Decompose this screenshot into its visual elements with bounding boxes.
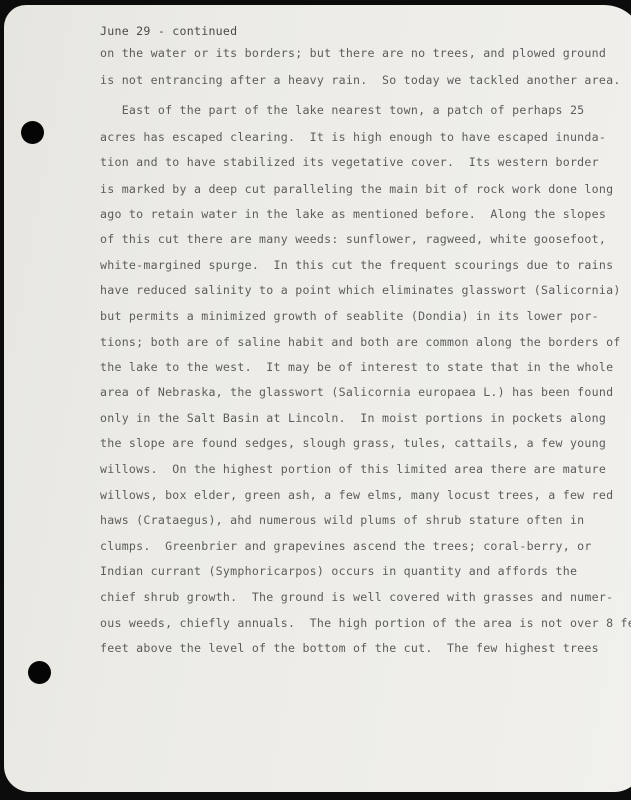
- text-line: the lake to the west. It may be of inter…: [100, 360, 613, 374]
- text-line: area of Nebraska, the glasswort (Salicor…: [100, 385, 613, 399]
- text-line: but permits a minimized growth of seabli…: [100, 309, 599, 323]
- text-line: clumps. Greenbrier and grapevines ascend…: [100, 539, 592, 553]
- page-heading: June 29 - continued: [100, 24, 237, 38]
- text-line: is not entrancing after a heavy rain. So…: [100, 73, 621, 87]
- text-line: only in the Salt Basin at Lincoln. In mo…: [100, 411, 606, 425]
- text-line: feet above the level of the bottom of th…: [100, 641, 599, 655]
- text-line: haws (Crataegus), ahd numerous wild plum…: [100, 513, 584, 527]
- text-line: on the water or its borders; but there a…: [100, 46, 606, 60]
- text-line: chief shrub growth. The ground is well c…: [100, 590, 613, 604]
- text-line: of this cut there are many weeds: sunflo…: [100, 232, 606, 246]
- text-line: white-margined spurge. In this cut the f…: [100, 258, 613, 272]
- text-line: Indian currant (Symphoricarpos) occurs i…: [100, 564, 577, 578]
- text-line: tion and to have stabilized its vegetati…: [100, 155, 599, 169]
- text-line: ous weeds, chiefly annuals. The high por…: [100, 616, 631, 630]
- text-line: tions; both are of saline habit and both…: [100, 335, 621, 349]
- text-line: ago to retain water in the lake as menti…: [100, 207, 606, 221]
- punch-hole-top: [21, 121, 44, 144]
- text-line: the slope are found sedges, slough grass…: [100, 436, 606, 450]
- punch-hole-bottom: [28, 661, 51, 684]
- text-line: have reduced salinity to a point which e…: [100, 283, 621, 297]
- text-line: East of the part of the lake nearest tow…: [100, 103, 584, 117]
- text-line: acres has escaped clearing. It is high e…: [100, 130, 606, 144]
- text-line: is marked by a deep cut paralleling the …: [100, 182, 613, 196]
- text-line: willows, box elder, green ash, a few elm…: [100, 488, 613, 502]
- text-line: willows. On the highest portion of this …: [100, 462, 606, 476]
